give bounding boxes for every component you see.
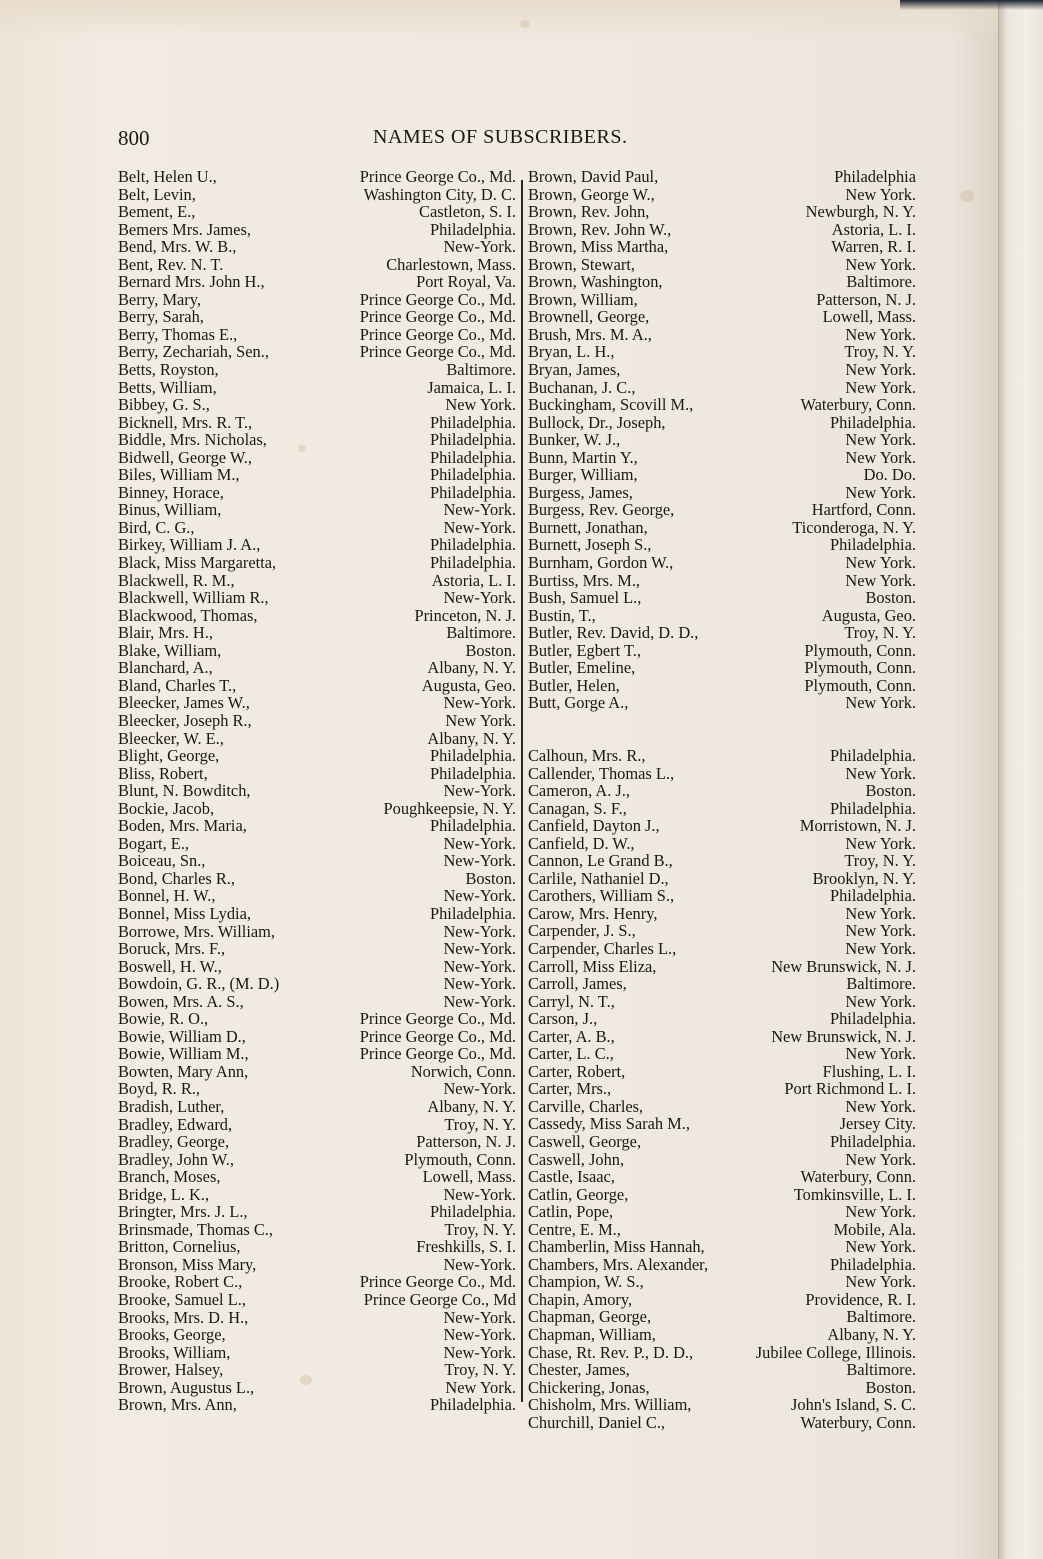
subscriber-entry: Borrowe, Mrs. William,New-York.	[118, 923, 516, 941]
subscriber-entry: Burnett, Jonathan,Ticonderoga, N. Y.	[528, 519, 916, 537]
subscriber-place: Troy, N. Y.	[444, 1116, 516, 1134]
subscriber-name: Betts, Royston,	[118, 361, 219, 379]
subscriber-entry: Butler, Rev. David, D. D.,Troy, N. Y.	[528, 624, 916, 642]
subscriber-entry: Bleecker, James W.,New-York.	[118, 694, 516, 712]
subscriber-entry: Carothers, William S.,Philadelphia.	[528, 887, 916, 905]
subscriber-entry: Betts, William,Jamaica, L. I.	[118, 379, 516, 397]
subscriber-name: Bryan, James,	[528, 361, 620, 379]
subscriber-place: New York.	[845, 431, 916, 449]
subscriber-place: Troy, N. Y.	[844, 343, 916, 361]
subscriber-name: Boswell, H. W.,	[118, 958, 222, 976]
subscriber-place: Port Royal, Va.	[416, 273, 516, 291]
subscriber-place: New York.	[845, 1098, 916, 1116]
subscriber-entry: Boswell, H. W.,New-York.	[118, 958, 516, 976]
subscriber-entry: Blackwell, R. M.,Astoria, L. I.	[118, 572, 516, 590]
subscriber-place: Baltimore.	[846, 1308, 916, 1326]
subscriber-place: New-York.	[443, 1186, 516, 1204]
subscriber-name: Catlin, George,	[528, 1186, 628, 1204]
subscriber-entry: Carville, Charles,New York.	[528, 1098, 916, 1116]
subscriber-place: Waterbury, Conn.	[800, 396, 916, 414]
subscriber-place: Philadelphia.	[430, 817, 516, 835]
subscriber-name: Carroll, James,	[528, 975, 627, 993]
subscriber-entry: Bowdoin, G. R., (M. D.)New-York.	[118, 975, 516, 993]
subscriber-name: Belt, Levin,	[118, 186, 196, 204]
subscriber-entry: Bernard Mrs. John H.,Port Royal, Va.	[118, 273, 516, 291]
subscriber-name: Bringter, Mrs. J. L.,	[118, 1203, 248, 1221]
subscriber-place: New York.	[845, 1203, 916, 1221]
subscriber-place: Charlestown, Mass.	[386, 256, 516, 274]
subscriber-entry: Centre, E. M.,Mobile, Ala.	[528, 1221, 916, 1239]
subscriber-entry: Belt, Levin,Washington City, D. C.	[118, 186, 516, 204]
subscriber-entry: Bridge, L. K.,New-York.	[118, 1186, 516, 1204]
subscriber-place: New York.	[845, 940, 916, 958]
subscriber-place: Patterson, N. J.	[416, 1133, 516, 1151]
subscriber-name: Carryl, N. T.,	[528, 993, 615, 1011]
subscriber-entry: Calhoun, Mrs. R.,Philadelphia.	[528, 747, 916, 765]
subscriber-name: Bement, E.,	[118, 203, 195, 221]
running-head: 800 NAMES OF SUBSCRIBERS.	[118, 126, 918, 156]
subscriber-entry: Champion, W. S.,New York.	[528, 1273, 916, 1291]
subscriber-entry: Brower, Halsey,Troy, N. Y.	[118, 1361, 516, 1379]
subscriber-entry: Cannon, Le Grand B.,Troy, N. Y.	[528, 852, 916, 870]
subscriber-place: Astoria, L. I.	[432, 572, 516, 590]
subscriber-place: Port Richmond L. I.	[784, 1080, 916, 1098]
subscriber-place: Plymouth, Conn.	[804, 642, 916, 660]
subscriber-place: Poughkeepsie, N. Y.	[384, 800, 516, 818]
subscriber-entry: Blanchard, A.,Albany, N. Y.	[118, 659, 516, 677]
subscriber-place: New York.	[845, 694, 916, 712]
subscriber-entry: Brown, Stewart,New York.	[528, 256, 916, 274]
subscriber-place: Prince George Co., Md.	[360, 1273, 516, 1291]
subscriber-entry: Bryan, L. H.,Troy, N. Y.	[528, 343, 916, 361]
subscriber-entry: Burgess, Rev. George,Hartford, Conn.	[528, 501, 916, 519]
subscriber-name: Bowdoin, G. R., (M. D.)	[118, 975, 279, 993]
subscriber-place: New-York.	[443, 958, 516, 976]
subscriber-entry: Canfield, Dayton J.,Morristown, N. J.	[528, 817, 916, 835]
subscriber-entry: Bowen, Mrs. A. S.,New-York.	[118, 993, 516, 1011]
subscriber-entry: Brooke, Samuel L.,Prince George Co., Md	[118, 1291, 516, 1309]
subscriber-entry: Berry, Zechariah, Sen.,Prince George Co.…	[118, 343, 516, 361]
subscriber-name: Brown, David Paul,	[528, 168, 658, 186]
subscriber-place: Philadelphia	[834, 168, 916, 186]
subscriber-name: Carlile, Nathaniel D.,	[528, 870, 669, 888]
subscriber-place: Boston.	[865, 589, 916, 607]
subscriber-place: New York.	[845, 379, 916, 397]
subscriber-entry: Burnett, Joseph S.,Philadelphia.	[528, 536, 916, 554]
subscriber-entry: Bent, Rev. N. T.Charlestown, Mass.	[118, 256, 516, 274]
subscriber-name: Brown, Mrs. Ann,	[118, 1396, 237, 1414]
subscriber-name: Blackwell, William R.,	[118, 589, 269, 607]
subscriber-place: Baltimore.	[846, 273, 916, 291]
subscriber-name: Belt, Helen U.,	[118, 168, 217, 186]
subscriber-name: Black, Miss Margaretta,	[118, 554, 276, 572]
subscriber-entry: Bemers Mrs. James,Philadelphia.	[118, 221, 516, 239]
subscriber-place: New-York.	[443, 1080, 516, 1098]
subscriber-name: Branch, Moses,	[118, 1168, 220, 1186]
subscriber-entry: Branch, Moses,Lowell, Mass.	[118, 1168, 516, 1186]
subscriber-entry: Brown, Mrs. Ann,Philadelphia.	[118, 1396, 516, 1414]
subscriber-name: Brown, Miss Martha,	[528, 238, 668, 256]
subscriber-entry: Carter, A. B.,New Brunswick, N. J.	[528, 1028, 916, 1046]
subscriber-place: New York.	[845, 1238, 916, 1256]
subscriber-place: Philadelphia.	[430, 554, 516, 572]
subscriber-place: New York.	[845, 256, 916, 274]
subscriber-name: Bush, Samuel L.,	[528, 589, 641, 607]
subscriber-name: Burnham, Gordon W.,	[528, 554, 673, 572]
subscriber-name: Chase, Rt. Rev. P., D. D.,	[528, 1344, 693, 1362]
subscriber-place: Freshkills, S. I.	[416, 1238, 516, 1256]
subscriber-name: Blackwell, R. M.,	[118, 572, 235, 590]
subscriber-name: Blake, William,	[118, 642, 221, 660]
subscriber-place: New York.	[445, 1379, 516, 1397]
subscriber-name: Butler, Egbert T.,	[528, 642, 641, 660]
subscriber-entry: Bleecker, Joseph R.,New York.	[118, 712, 516, 730]
subscriber-name: Carroll, Miss Eliza,	[528, 958, 656, 976]
subscriber-name: Brownell, George,	[528, 308, 649, 326]
subscriber-name: Brown, Rev. John,	[528, 203, 649, 221]
subscriber-place: Prince George Co., Md.	[360, 1045, 516, 1063]
subscriber-entry: Birkey, William J. A.,Philadelphia.	[118, 536, 516, 554]
subscriber-name: Binus, William,	[118, 501, 221, 519]
subscriber-name: Boiceau, Sn.,	[118, 852, 205, 870]
subscriber-name: Carter, Robert,	[528, 1063, 625, 1081]
subscriber-name: Castle, Isaac,	[528, 1168, 615, 1186]
subscriber-name: Chester, James,	[528, 1361, 630, 1379]
subscriber-name: Bland, Charles T.,	[118, 677, 236, 695]
subscriber-name: Brown, Rev. John W.,	[528, 221, 671, 239]
subscriber-entry: Bliss, Robert,Philadelphia.	[118, 765, 516, 783]
subscriber-entry: Chase, Rt. Rev. P., D. D.,Jubilee Colleg…	[528, 1344, 916, 1362]
subscriber-name: Brown, Stewart,	[528, 256, 635, 274]
subscriber-entry: Bonnel, Miss Lydia,Philadelphia.	[118, 905, 516, 923]
subscriber-entry: Bland, Charles T.,Augusta, Geo.	[118, 677, 516, 695]
subscriber-name: Bockie, Jacob,	[118, 800, 214, 818]
subscriber-name: Carow, Mrs. Henry,	[528, 905, 657, 923]
subscriber-place: Philadelphia.	[830, 1256, 916, 1274]
subscriber-place: New-York.	[443, 694, 516, 712]
subscriber-name: Biddle, Mrs. Nicholas,	[118, 431, 267, 449]
subscriber-entry: Bonnel, H. W.,New-York.	[118, 887, 516, 905]
subscriber-name: Chapman, William,	[528, 1326, 656, 1344]
subscriber-entry: Catlin, George,Tomkinsville, L. I.	[528, 1186, 916, 1204]
subscriber-entry: Belt, Helen U.,Prince George Co., Md.	[118, 168, 516, 186]
subscriber-name: Brown, Augustus L.,	[118, 1379, 254, 1397]
subscriber-name: Bemers Mrs. James,	[118, 221, 251, 239]
subscriber-entry: Bullock, Dr., Joseph,Philadelphia.	[528, 414, 916, 432]
subscriber-entry: Blight, George,Philadelphia.	[118, 747, 516, 765]
subscriber-entry: Binney, Horace,Philadelphia.	[118, 484, 516, 502]
subscriber-entry: Carson, J.,Philadelphia.	[528, 1010, 916, 1028]
subscriber-entry: Carpender, J. S.,New York.	[528, 922, 916, 940]
subscriber-name: Chamberlin, Miss Hannah,	[528, 1238, 705, 1256]
subscriber-place: Albany, N. Y.	[827, 1326, 916, 1344]
subscriber-entry: Bradley, George,Patterson, N. J.	[118, 1133, 516, 1151]
subscriber-place: New-York.	[443, 501, 516, 519]
subscriber-place: Flushing, L. I.	[823, 1063, 916, 1081]
subscriber-entry: Brown, Rev. John,Newburgh, N. Y.	[528, 203, 916, 221]
right-column: Brown, David Paul,PhiladelphiaBrown, Geo…	[528, 168, 916, 1431]
subscriber-name: Blanchard, A.,	[118, 659, 213, 677]
subscriber-name: Bend, Mrs. W. B.,	[118, 238, 236, 256]
subscriber-entry: Bryan, James,New York.	[528, 361, 916, 379]
subscriber-name: Centre, E. M.,	[528, 1221, 621, 1239]
subscriber-name: Bullock, Dr., Joseph,	[528, 414, 666, 432]
subscriber-name: Carter, Mrs.,	[528, 1080, 611, 1098]
subscriber-place: Boston.	[465, 870, 516, 888]
subscriber-place: New-York.	[443, 1309, 516, 1327]
subscriber-place: New York.	[845, 922, 916, 940]
subscriber-name: Bleecker, James W.,	[118, 694, 250, 712]
subscriber-entry: Blunt, N. Bowditch,New-York.	[118, 782, 516, 800]
subscriber-name: Chisholm, Mrs. William,	[528, 1396, 691, 1414]
subscriber-place: Plymouth, Conn.	[804, 677, 916, 695]
subscriber-entry: Caswell, John,New York.	[528, 1151, 916, 1169]
b-surnames-section: Brown, David Paul,PhiladelphiaBrown, Geo…	[528, 168, 916, 712]
subscriber-name: Butler, Emeline,	[528, 659, 635, 677]
subscriber-name: Boden, Mrs. Maria,	[118, 817, 247, 835]
subscriber-name: Boruck, Mrs. F.,	[118, 940, 225, 958]
subscriber-place: New York.	[445, 396, 516, 414]
subscriber-place: New York.	[845, 484, 916, 502]
subscriber-entry: Carow, Mrs. Henry,New York.	[528, 905, 916, 923]
subscriber-name: Bradish, Luther,	[118, 1098, 224, 1116]
subscriber-entry: Chamberlin, Miss Hannah,New York.	[528, 1238, 916, 1256]
subscriber-entry: Brown, Rev. John W.,Astoria, L. I.	[528, 221, 916, 239]
subscriber-entry: Bush, Samuel L.,Boston.	[528, 589, 916, 607]
subscriber-place: New York.	[845, 1045, 916, 1063]
subscriber-place: Boston.	[465, 642, 516, 660]
subscriber-name: Bradley, George,	[118, 1133, 229, 1151]
subscriber-entry: Brownell, George,Lowell, Mass.	[528, 308, 916, 326]
subscriber-name: Bowten, Mary Ann,	[118, 1063, 248, 1081]
subscriber-entry: Brinsmade, Thomas C.,Troy, N. Y.	[118, 1221, 516, 1239]
subscriber-name: Chambers, Mrs. Alexander,	[528, 1256, 708, 1274]
subscriber-entry: Britton, Cornelius,Freshkills, S. I.	[118, 1238, 516, 1256]
subscriber-entry: Bleecker, W. E.,Albany, N. Y.	[118, 730, 516, 748]
subscriber-name: Bonnel, Miss Lydia,	[118, 905, 251, 923]
subscriber-place: New York.	[445, 712, 516, 730]
subscriber-entry: Brown, William,Patterson, N. J.	[528, 291, 916, 309]
subscriber-entry: Carroll, Miss Eliza,New Brunswick, N. J.	[528, 958, 916, 976]
subscriber-entry: Carroll, James,Baltimore.	[528, 975, 916, 993]
subscriber-entry: Chisholm, Mrs. William,John's Island, S.…	[528, 1396, 916, 1414]
subscriber-place: New-York.	[443, 940, 516, 958]
page-title: NAMES OF SUBSCRIBERS.	[373, 126, 627, 149]
subscriber-place: Troy, N. Y.	[844, 624, 916, 642]
subscriber-place: New-York.	[443, 993, 516, 1011]
subscriber-name: Bowie, R. O.,	[118, 1010, 208, 1028]
subscriber-entry: Black, Miss Margaretta,Philadelphia.	[118, 554, 516, 572]
subscriber-name: Carter, A. B.,	[528, 1028, 615, 1046]
subscriber-entry: Brown, Washington,Baltimore.	[528, 273, 916, 291]
subscriber-place: Washington City, D. C.	[364, 186, 516, 204]
subscriber-name: Chapin, Amory,	[528, 1291, 632, 1309]
subscriber-place: New York.	[845, 835, 916, 853]
subscriber-name: Brooke, Robert C.,	[118, 1273, 242, 1291]
subscriber-name: Bleecker, Joseph R.,	[118, 712, 252, 730]
subscriber-place: New Brunswick, N. J.	[771, 958, 916, 976]
subscriber-entry: Brown, Miss Martha,Warren, R. I.	[528, 238, 916, 256]
subscriber-name: Carson, J.,	[528, 1010, 597, 1028]
subscriber-entry: Bringter, Mrs. J. L.,Philadelphia.	[118, 1203, 516, 1221]
subscriber-entry: Brush, Mrs. M. A.,New York.	[528, 326, 916, 344]
subscriber-entry: Carpender, Charles L.,New York.	[528, 940, 916, 958]
subscriber-entry: Burtiss, Mrs. M.,New York.	[528, 572, 916, 590]
subscriber-entry: Brown, David Paul,Philadelphia	[528, 168, 916, 186]
subscriber-place: Philadelphia.	[430, 765, 516, 783]
subscriber-place: Castleton, S. I.	[419, 203, 516, 221]
subscriber-place: New York.	[845, 449, 916, 467]
subscriber-entry: Chester, James,Baltimore.	[528, 1361, 916, 1379]
subscriber-entry: Biddle, Mrs. Nicholas,Philadelphia.	[118, 431, 516, 449]
subscriber-entry: Bidwell, George W.,Philadelphia.	[118, 449, 516, 467]
subscriber-name: Brown, William,	[528, 291, 638, 309]
subscriber-entry: Berry, Sarah,Prince George Co., Md.	[118, 308, 516, 326]
subscriber-place: Morristown, N. J.	[800, 817, 916, 835]
subscriber-entry: Bowie, William M.,Prince George Co., Md.	[118, 1045, 516, 1063]
subscriber-place: Philadelphia.	[830, 414, 916, 432]
subscriber-place: New York.	[845, 361, 916, 379]
subscriber-place: New Brunswick, N. J.	[771, 1028, 916, 1046]
subscriber-name: Burnett, Joseph S.,	[528, 536, 651, 554]
subscriber-entry: Blackwood, Thomas,Princeton, N. J.	[118, 607, 516, 625]
subscriber-place: Brooklyn, N. Y.	[813, 870, 916, 888]
subscriber-place: New York.	[845, 993, 916, 1011]
foxing-stain	[520, 20, 530, 28]
subscriber-entry: Chambers, Mrs. Alexander,Philadelphia.	[528, 1256, 916, 1274]
subscriber-entry: Chapman, William,Albany, N. Y.	[528, 1326, 916, 1344]
subscriber-place: Jamaica, L. I.	[427, 379, 516, 397]
subscriber-entry: Bradley, John W.,Plymouth, Conn.	[118, 1151, 516, 1169]
subscriber-name: Carter, L. C.,	[528, 1045, 614, 1063]
subscriber-entry: Butler, Emeline,Plymouth, Conn.	[528, 659, 916, 677]
subscriber-name: Blunt, N. Bowditch,	[118, 782, 251, 800]
subscriber-name: Burgess, James,	[528, 484, 633, 502]
subscriber-name: Berry, Sarah,	[118, 308, 204, 326]
subscriber-entry: Brooke, Robert C.,Prince George Co., Md.	[118, 1273, 516, 1291]
subscriber-entry: Buckingham, Scovill M.,Waterbury, Conn.	[528, 396, 916, 414]
subscriber-place: Philadelphia.	[430, 905, 516, 923]
subscriber-name: Bradley, John W.,	[118, 1151, 234, 1169]
subscriber-name: Burger, William,	[528, 466, 638, 484]
subscriber-name: Chickering, Jonas,	[528, 1379, 650, 1397]
subscriber-entry: Bond, Charles R.,Boston.	[118, 870, 516, 888]
subscriber-place: Waterbury, Conn.	[800, 1168, 916, 1186]
subscriber-place: John's Island, S. C.	[791, 1396, 916, 1414]
subscriber-place: New-York.	[443, 238, 516, 256]
subscriber-entry: Bowten, Mary Ann,Norwich, Conn.	[118, 1063, 516, 1081]
subscriber-name: Carville, Charles,	[528, 1098, 643, 1116]
subscriber-entry: Callender, Thomas L.,New York.	[528, 765, 916, 783]
subscriber-name: Calhoun, Mrs. R.,	[528, 747, 645, 765]
subscriber-place: New-York.	[443, 923, 516, 941]
subscriber-entry: Bustin, T.,Augusta, Geo.	[528, 607, 916, 625]
subscriber-name: Bryan, L. H.,	[528, 343, 615, 361]
subscriber-place: Troy, N. Y.	[844, 852, 916, 870]
subscriber-entry: Butler, Egbert T.,Plymouth, Conn.	[528, 642, 916, 660]
subscriber-entry: Blackwell, William R.,New-York.	[118, 589, 516, 607]
subscriber-name: Canagan, S. F.,	[528, 800, 627, 818]
subscriber-place: Philadelphia.	[430, 449, 516, 467]
column-divider	[521, 180, 523, 1402]
subscriber-place: New-York.	[443, 835, 516, 853]
subscriber-entry: Burgess, James,New York.	[528, 484, 916, 502]
subscriber-name: Brower, Halsey,	[118, 1361, 223, 1379]
subscriber-entry: Castle, Isaac,Waterbury, Conn.	[528, 1168, 916, 1186]
subscriber-entry: Carter, Mrs.,Port Richmond L. I.	[528, 1080, 916, 1098]
subscriber-entry: Bird, C. G.,New-York.	[118, 519, 516, 537]
subscriber-place: Albany, N. Y.	[427, 730, 516, 748]
subscriber-place: Albany, N. Y.	[427, 659, 516, 677]
subscriber-place: Prince George Co., Md	[364, 1291, 516, 1309]
left-column: Belt, Helen U.,Prince George Co., Md.Bel…	[118, 168, 516, 1414]
subscriber-place: Ticonderoga, N. Y.	[792, 519, 916, 537]
subscriber-place: Prince George Co., Md.	[360, 343, 516, 361]
subscriber-entry: Boden, Mrs. Maria,Philadelphia.	[118, 817, 516, 835]
subscriber-name: Bunn, Martin Y.,	[528, 449, 638, 467]
subscriber-entry: Blake, William,Boston.	[118, 642, 516, 660]
subscriber-place: Newburgh, N. Y.	[806, 203, 916, 221]
page-number: 800	[118, 126, 150, 151]
subscriber-entry: Bradley, Edward,Troy, N. Y.	[118, 1116, 516, 1134]
subscriber-place: New York.	[845, 326, 916, 344]
subscriber-name: Buckingham, Scovill M.,	[528, 396, 693, 414]
subscriber-place: Philadelphia.	[830, 1010, 916, 1028]
subscriber-entry: Brooks, Mrs. D. H.,New-York.	[118, 1309, 516, 1327]
adjacent-page-edge	[998, 0, 1043, 1559]
subscriber-place: Troy, N. Y.	[444, 1221, 516, 1239]
subscriber-entry: Bowie, William D.,Prince George Co., Md.	[118, 1028, 516, 1046]
subscriber-name: Champion, W. S.,	[528, 1273, 644, 1291]
subscriber-place: Boston.	[865, 782, 916, 800]
subscriber-name: Bowen, Mrs. A. S.,	[118, 993, 244, 1011]
subscriber-entry: Berry, Thomas E.,Prince George Co., Md.	[118, 326, 516, 344]
subscriber-name: Britton, Cornelius,	[118, 1238, 240, 1256]
subscriber-place: Philadelphia.	[430, 484, 516, 502]
subscriber-name: Berry, Thomas E.,	[118, 326, 237, 344]
subscriber-entry: Burger, William,Do. Do.	[528, 466, 916, 484]
subscriber-name: Bird, C. G.,	[118, 519, 195, 537]
subscriber-entry: Berry, Mary,Prince George Co., Md.	[118, 291, 516, 309]
subscriber-place: Philadelphia.	[430, 1203, 516, 1221]
subscriber-entry: Brooks, George,New-York.	[118, 1326, 516, 1344]
subscriber-entry: Butt, Gorge A.,New York.	[528, 694, 916, 712]
subscriber-name: Cannon, Le Grand B.,	[528, 852, 673, 870]
subscriber-place: Waterbury, Conn.	[800, 1414, 916, 1432]
subscriber-entry: Binus, William,New-York.	[118, 501, 516, 519]
subscriber-place: New York.	[845, 1151, 916, 1169]
subscriber-place: Astoria, L. I.	[832, 221, 916, 239]
subscriber-entry: Carter, Robert,Flushing, L. I.	[528, 1063, 916, 1081]
subscriber-place: Baltimore.	[446, 624, 516, 642]
subscriber-entry: Bunn, Martin Y.,New York.	[528, 449, 916, 467]
subscriber-name: Binney, Horace,	[118, 484, 224, 502]
subscriber-place: Prince George Co., Md.	[360, 308, 516, 326]
subscriber-name: Bowie, William D.,	[118, 1028, 246, 1046]
subscriber-place: Philadelphia.	[430, 466, 516, 484]
subscriber-place: Hartford, Conn.	[812, 501, 916, 519]
subscriber-name: Buchanan, J. C.,	[528, 379, 635, 397]
subscriber-name: Brooks, William,	[118, 1344, 230, 1362]
subscriber-place: Baltimore.	[446, 361, 516, 379]
subscriber-place: Plymouth, Conn.	[804, 659, 916, 677]
subscriber-place: Mobile, Ala.	[834, 1221, 916, 1239]
subscriber-place: New York.	[845, 554, 916, 572]
subscriber-name: Bogart, E.,	[118, 835, 189, 853]
subscriber-name: Bidwell, George W.,	[118, 449, 252, 467]
subscriber-name: Burgess, Rev. George,	[528, 501, 674, 519]
subscriber-name: Berry, Zechariah, Sen.,	[118, 343, 269, 361]
